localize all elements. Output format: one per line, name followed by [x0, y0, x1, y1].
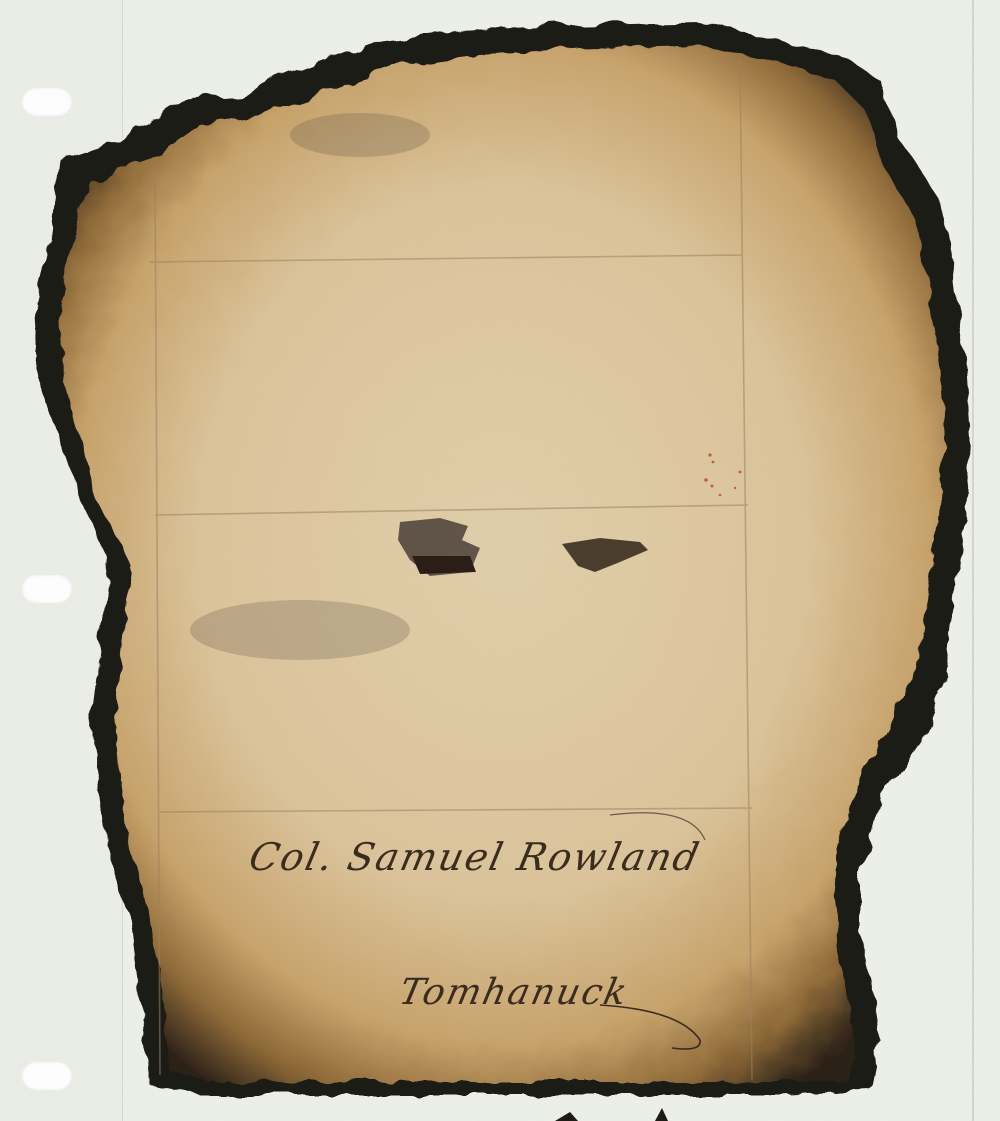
addressee-handwriting: Col. Samuel Rowland: [245, 835, 704, 879]
document-scan: [0, 0, 1000, 1121]
place-handwriting: Tomhanuck: [396, 972, 633, 1013]
